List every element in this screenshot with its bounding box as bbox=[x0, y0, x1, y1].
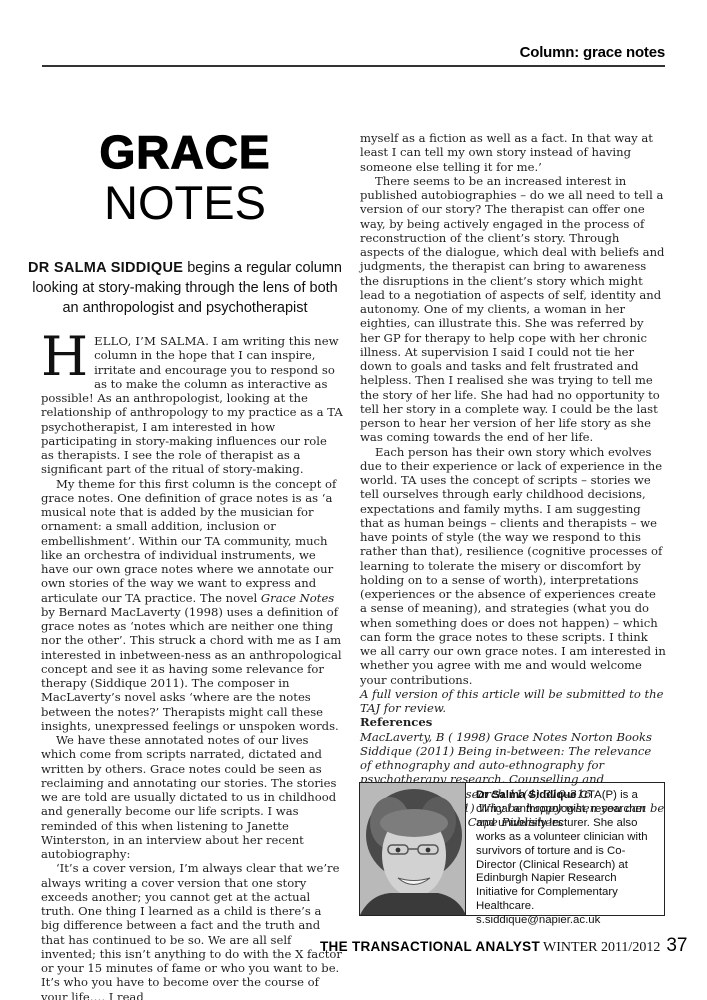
portrait-image-icon bbox=[360, 783, 466, 915]
title-line-1: GRACE bbox=[20, 128, 350, 176]
title-block: GRACE NOTES DR SALMA SIDDIQUE begins a r… bbox=[20, 128, 350, 318]
standfirst: DR SALMA SIDDIQUE begins a regular colum… bbox=[20, 258, 350, 318]
title-line-2: NOTES bbox=[20, 176, 350, 230]
article-note: A full version of this article will be s… bbox=[360, 687, 666, 716]
article-column-left: HELLO, I’M SALMA. I am writing this new … bbox=[41, 334, 343, 1000]
paragraph-6: Each person has their own story which ev… bbox=[360, 445, 666, 687]
bio-text: Dr Salma Siddique CTA(P) is a clinical a… bbox=[466, 783, 664, 915]
paragraph-2-text-a: My theme for this first column is the co… bbox=[41, 477, 336, 605]
running-head: Column: grace notes bbox=[42, 44, 665, 61]
author-bio-box: Dr Salma Siddique CTA(P) is a clinical a… bbox=[359, 782, 665, 916]
paragraph-4-quote: ‘It’s a cover version, I’m always clear … bbox=[41, 861, 343, 1000]
issue-label: WINTER 2011/2012 bbox=[543, 940, 660, 955]
paragraph-2: My theme for this first column is the co… bbox=[41, 477, 343, 734]
bio-email-link[interactable]: s.siddique@napier.ac.uk bbox=[476, 914, 600, 926]
page-footer: THE TRANSACTIONAL ANALYSTWINTER 2011/201… bbox=[320, 935, 665, 957]
page-number: 37 bbox=[666, 935, 687, 956]
paragraph-2-text-b: by Bernard MacLaverty (1998) uses a defi… bbox=[41, 605, 342, 733]
paragraph-3: We have these annotated notes of our liv… bbox=[41, 733, 343, 861]
paragraph-1: HELLO, I’M SALMA. I am writing this new … bbox=[41, 334, 343, 477]
drop-cap: H bbox=[41, 336, 88, 378]
references-heading: References bbox=[360, 715, 666, 729]
book-title: Grace Notes bbox=[261, 591, 334, 605]
reference-item: MacLaverty, B ( 1998) Grace Notes Norton… bbox=[360, 730, 666, 744]
header-rule bbox=[42, 65, 665, 67]
paragraph-5: There seems to be an increased interest … bbox=[360, 174, 666, 445]
article-column-right: myself as a fiction as well as a fact. I… bbox=[360, 131, 666, 829]
magazine-name: THE TRANSACTIONAL ANALYST bbox=[320, 939, 540, 954]
bio-author-name: Dr Salma Siddique bbox=[476, 789, 577, 801]
paragraph-4-quote-continued: myself as a fiction as well as a fact. I… bbox=[360, 131, 666, 174]
author-name-caps: DR SALMA SIDDIQUE bbox=[28, 260, 183, 276]
bio-description: CTA(P) is a clinical anthropologist, res… bbox=[476, 789, 648, 912]
author-photo bbox=[360, 783, 466, 915]
lead-in: ELLO, I’M SALMA. bbox=[94, 334, 209, 348]
